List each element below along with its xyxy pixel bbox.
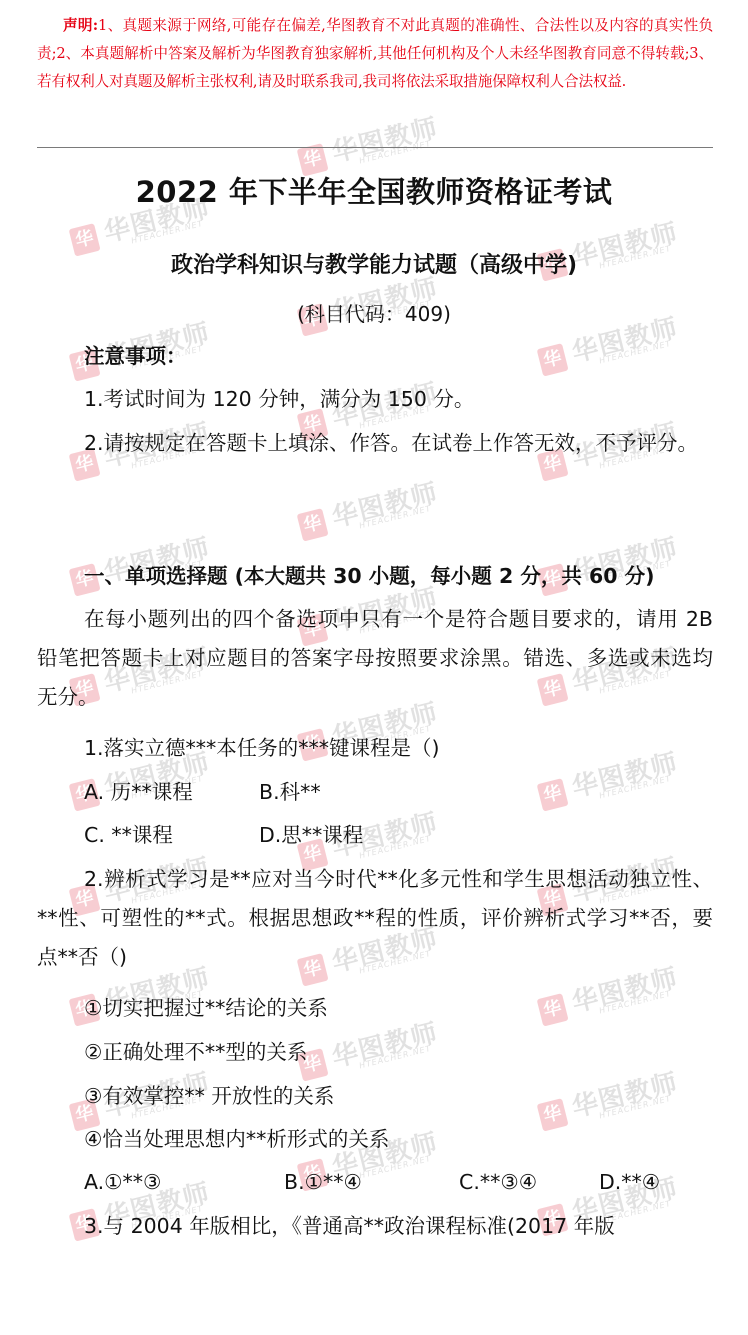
watermark-logo-icon: 华 (537, 778, 569, 811)
page-title: 2022 年下半年全国教师资格证考试 (0, 170, 748, 211)
option-a: A. 历**课程 (84, 773, 193, 812)
watermark-logo-icon: 华 (537, 993, 569, 1026)
statement: ④恰当处理思想内**析形式的关系 (84, 1120, 389, 1159)
option-c: C.**③④ (459, 1163, 537, 1202)
question-stem: 2.辨析式学习是**应对当今时代**化多元性和学生思想活动独立性、**性、可塑性… (37, 860, 713, 977)
subject-code: (科目代码：409) (0, 298, 748, 327)
option-b: B.科** (259, 773, 321, 812)
option-a: A.①**③ (84, 1163, 161, 1202)
watermark: 华 华图教师 HTEACHER.NET (533, 735, 692, 826)
disclaimer-text: 1、真题来源于网络,可能存在偏差,华图教育不对此真题的准确性、合法性以及内容的真… (37, 17, 713, 90)
section-heading: 一、单项选择题 (本大题共 30 小题，每小题 2 分，共 60 分) (84, 557, 655, 596)
notes-heading: 注意事项： (84, 337, 187, 376)
option-b: B.①**④ (284, 1163, 362, 1202)
statement: ①切实把握过**结论的关系 (84, 989, 328, 1028)
statement: ②正确处理不**型的关系 (84, 1033, 307, 1072)
disclaimer: 声明:1、真题来源于网络,可能存在偏差,华图教育不对此真题的准确性、合法性以及内… (37, 12, 713, 96)
exam-subtitle: 政治学科知识与教学能力试题（高级中学) (0, 248, 748, 279)
statement: ③有效掌控** 开放性的关系 (84, 1077, 334, 1116)
option-d: D.思**课程 (259, 816, 363, 855)
option-d: D.**④ (599, 1163, 660, 1202)
divider (37, 147, 713, 148)
watermark: 华 华图教师 HTEACHER.NET (293, 465, 452, 556)
watermark-logo-icon: 华 (297, 508, 329, 541)
disclaimer-lead: 声明: (63, 17, 98, 34)
note-item: 2.请按规定在答题卡上填涂、作答。在试卷上作答无效，不予评分。 (37, 424, 713, 463)
watermark-logo-icon: 华 (537, 1098, 569, 1131)
note-item: 1.考试时间为 120 分钟，满分为 150 分。 (84, 380, 474, 419)
watermark: 华 华图教师 HTEACHER.NET (533, 1055, 692, 1146)
question-stem: 1.落实立德***本任务的***键课程是（) (84, 729, 440, 768)
exam-page: 华 华图教师 HTEACHER.NET 华 华图教师 HTEACHER.NET … (0, 0, 748, 1335)
option-c: C. **课程 (84, 816, 173, 855)
question-stem: 3.与 2004 年版相比，《普通高**政治课程标准(2017 年版 (84, 1207, 615, 1246)
section-instructions: 在每小题列出的四个备选项中只有一个是符合题目要求的，请用 2B 铅笔把答题卡上对… (37, 600, 713, 717)
watermark-logo-icon: 华 (537, 343, 569, 376)
